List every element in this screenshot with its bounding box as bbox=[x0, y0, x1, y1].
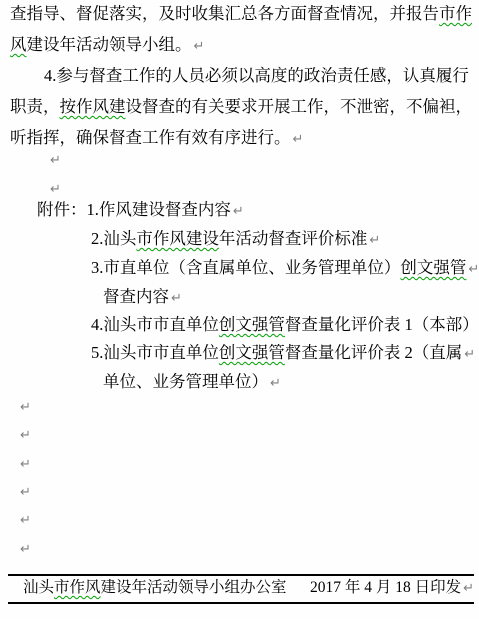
text-segment: 督查量化评价表 2（直属 bbox=[285, 343, 462, 362]
paragraph-mark-icon: ↵ bbox=[20, 542, 31, 557]
empty-paragraph[interactable]: ↵ bbox=[18, 452, 31, 475]
empty-paragraph[interactable]: ↵ bbox=[18, 537, 31, 560]
text-line[interactable]: 4.参与督查工作的人员必须以高度的政治责任感，认真履行 bbox=[44, 65, 469, 86]
paragraph-mark-icon: ↵ bbox=[20, 513, 31, 528]
misspelled-text: 市作 bbox=[439, 4, 472, 23]
text-segment: 设督查的有关要求开展工作，不泄密，不偏袒， bbox=[126, 97, 473, 116]
footer-date: 2017 年 4 月 18 日印发 bbox=[310, 579, 461, 596]
footer-rule-top bbox=[8, 574, 474, 576]
text-segment: 年活动督查评价标准 bbox=[219, 229, 368, 248]
empty-paragraph[interactable]: ↵ bbox=[18, 508, 31, 531]
footer-org: 汕头市作风建设年活动领导小组办公室 bbox=[10, 577, 287, 598]
text-segment: 听指挥，确保督查工作有效有序进行。 bbox=[10, 128, 291, 147]
text-line[interactable]: 4.汕头市市直单位创文强管督查量化评价表 1（本部）↵ bbox=[91, 314, 479, 337]
empty-paragraph[interactable]: ↵ bbox=[48, 177, 61, 200]
paragraph-mark-icon: ↵ bbox=[50, 153, 61, 168]
text-segment: 职责， bbox=[10, 97, 60, 116]
text-line[interactable]: 5.汕头市市直单位创文强管督查量化评价表 2（直属↵ bbox=[91, 342, 475, 365]
text-segment: 5.汕头市市直单位 bbox=[91, 343, 219, 362]
text-segment: 查指导、督促落实，及时收集汇总各方面督查情况，并报告 bbox=[10, 4, 439, 23]
text-line[interactable]: 单位、业务管理单位）↵ bbox=[103, 371, 281, 394]
misspelled-text: 创文强管 bbox=[219, 343, 285, 362]
paragraph-mark-icon: ↵ bbox=[270, 376, 281, 391]
footer-rule-bottom bbox=[8, 602, 474, 604]
text-line[interactable]: 听指挥，确保督查工作有效有序进行。↵ bbox=[10, 127, 303, 150]
empty-paragraph[interactable]: ↵ bbox=[18, 395, 31, 418]
footer-org-suffix: 建设年活动领导小组办公室 bbox=[101, 579, 287, 596]
paragraph-mark-icon: ↵ bbox=[464, 347, 475, 362]
text-line[interactable]: 督查内容↵ bbox=[103, 286, 182, 309]
paragraph-mark-icon: ↵ bbox=[468, 262, 479, 277]
text-line[interactable]: 职责，按作风建设督查的有关要求开展工作，不泄密，不偏袒， bbox=[10, 96, 472, 117]
text-segment: 建设年活动领导小组。 bbox=[27, 35, 192, 54]
text-line[interactable]: 风建设年活动领导小组。↵ bbox=[10, 34, 204, 57]
document-page: 查指导、督促落实，及时收集汇总各方面督查情况，并报告市作风建设年活动领导小组。↵… bbox=[0, 0, 479, 619]
text-segment: 4.汕头市市直单位 bbox=[91, 315, 219, 334]
text-segment: 3.市直单位（含直属单位、业务管理单位） bbox=[91, 258, 400, 277]
misspelled-text: 创文强管 bbox=[219, 315, 285, 334]
text-line[interactable]: 3.市直单位（含直属单位、业务管理单位）创文强管↵ bbox=[91, 257, 479, 280]
paragraph-mark-icon: ↵ bbox=[50, 182, 61, 197]
text-segment: 2.汕头 bbox=[91, 229, 136, 248]
empty-paragraph[interactable]: ↵ bbox=[18, 423, 31, 446]
paragraph-mark-icon: ↵ bbox=[369, 233, 380, 248]
paragraph-mark-icon: ↵ bbox=[20, 457, 31, 472]
paragraph-mark-icon: ↵ bbox=[194, 39, 205, 54]
empty-paragraph[interactable]: ↵ bbox=[48, 148, 61, 171]
text-segment: 4.参与督查工作的人员必须以高度的政治责任感，认真履行 bbox=[44, 66, 469, 85]
footer-org-flagged: 市作风 bbox=[54, 579, 101, 596]
text-segment: 附件：1.作风建设督查内容 bbox=[37, 200, 231, 219]
paragraph-mark-icon: ↵ bbox=[293, 132, 304, 147]
paragraph-mark-icon: ↵ bbox=[171, 291, 182, 306]
footer-org-prefix: 汕头 bbox=[23, 579, 54, 596]
misspelled-text: 按作风建 bbox=[60, 97, 126, 116]
paragraph-mark-icon: ↵ bbox=[233, 204, 244, 219]
misspelled-text: 风 bbox=[10, 35, 27, 54]
footer[interactable]: 汕头市作风建设年活动领导小组办公室 2017 年 4 月 18 日印发↵ bbox=[10, 577, 474, 599]
text-segment: 督查内容 bbox=[103, 287, 169, 306]
text-segment: 督查量化评价表 1（本部） bbox=[285, 315, 479, 334]
paragraph-mark-icon: ↵ bbox=[20, 485, 31, 500]
paragraph-mark-icon: ↵ bbox=[20, 428, 31, 443]
text-line[interactable]: 2.汕头市作风建设年活动督查评价标准↵ bbox=[91, 228, 380, 251]
misspelled-text: 市作风建设 bbox=[136, 229, 219, 248]
text-segment: 单位、业务管理单位） bbox=[103, 372, 268, 391]
paragraph-mark-icon: ↵ bbox=[20, 400, 31, 415]
paragraph-mark-icon: ↵ bbox=[463, 581, 474, 596]
misspelled-text: 创文强管 bbox=[400, 258, 466, 277]
text-line[interactable]: 附件：1.作风建设督查内容↵ bbox=[37, 199, 244, 222]
empty-paragraph[interactable]: ↵ bbox=[18, 480, 31, 503]
footer-date-group: 2017 年 4 月 18 日印发↵ bbox=[310, 577, 474, 599]
text-line[interactable]: 查指导、督促落实，及时收集汇总各方面督查情况，并报告市作 bbox=[10, 3, 472, 24]
